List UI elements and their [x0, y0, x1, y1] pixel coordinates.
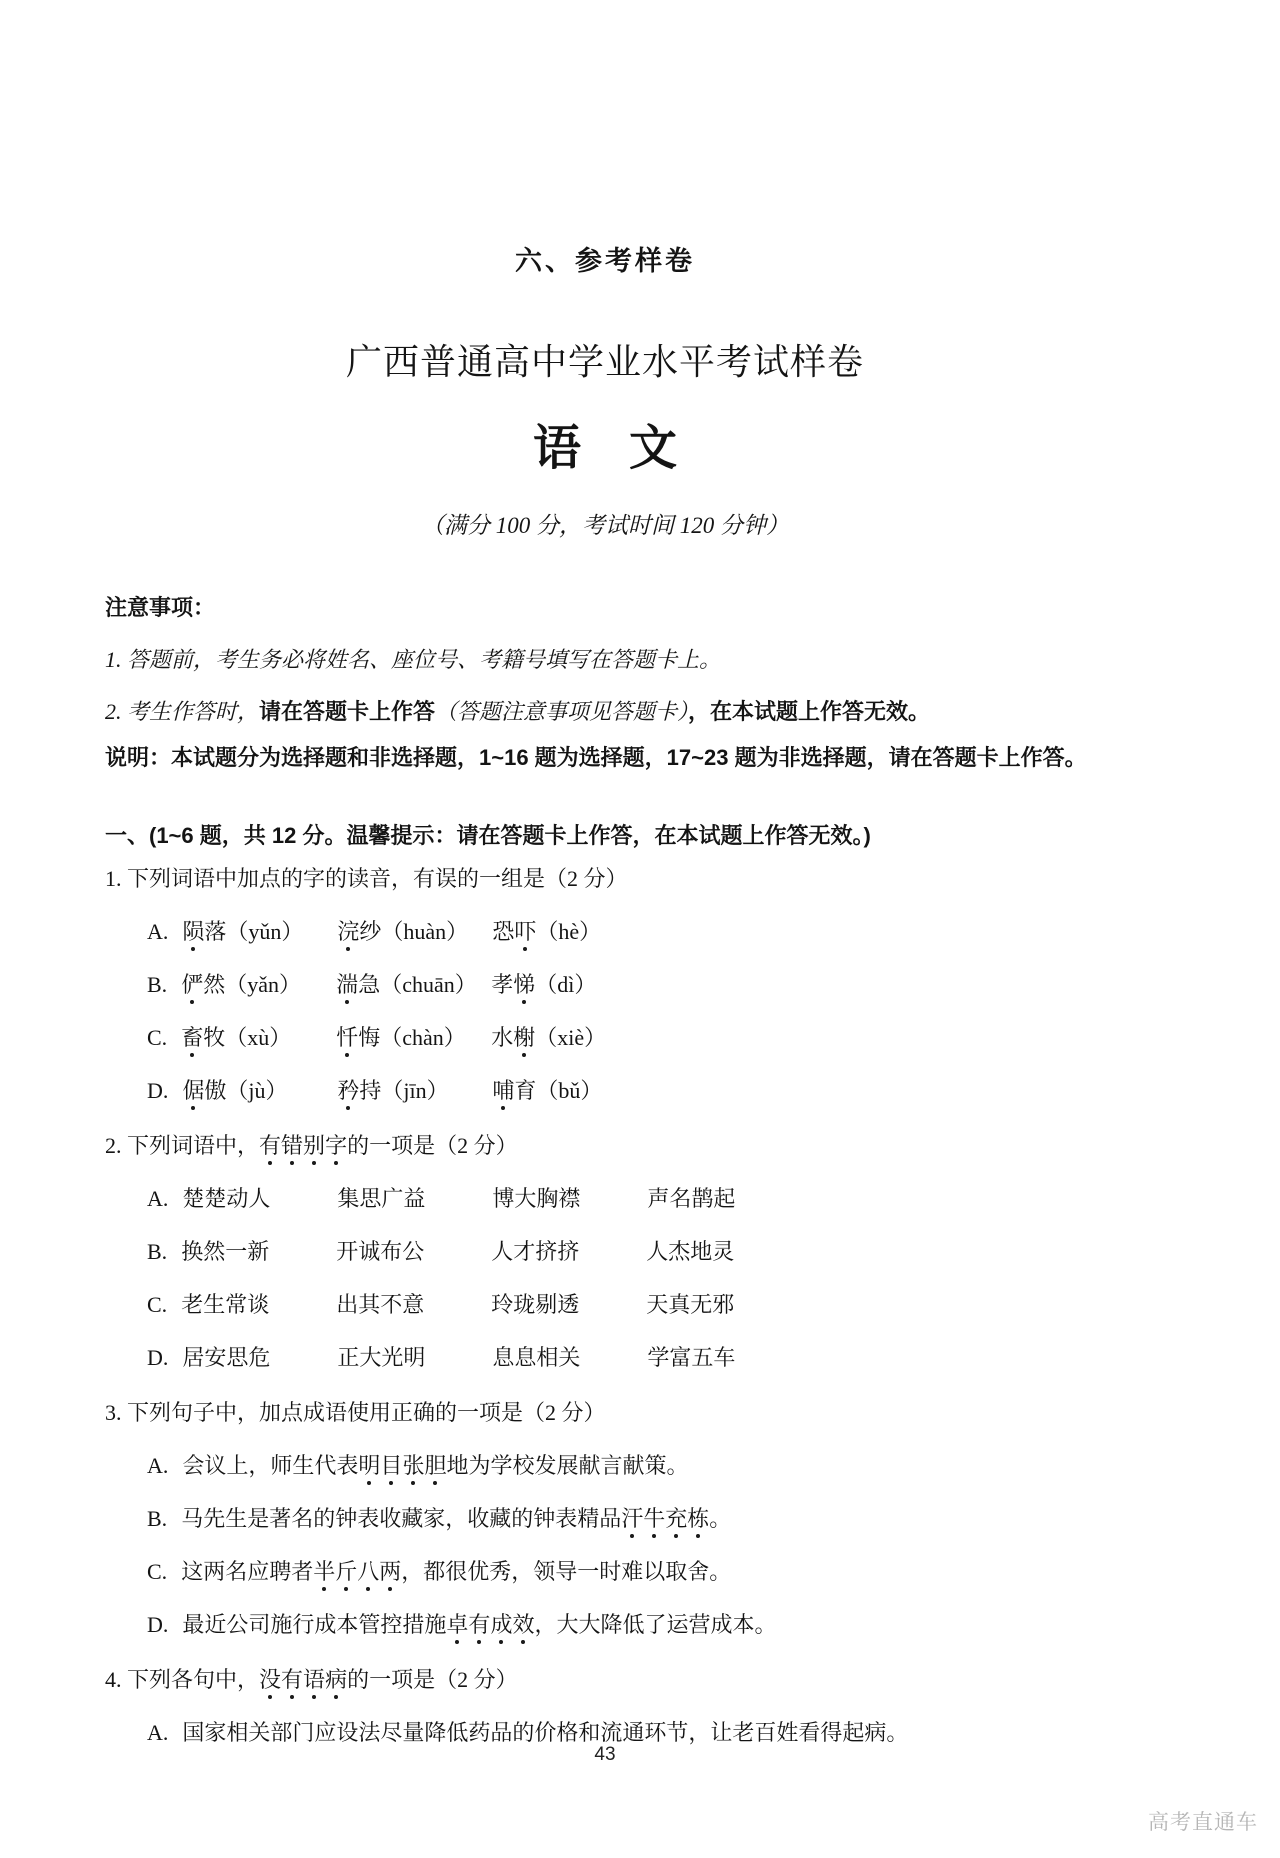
watermark: 高考直通车: [1148, 1806, 1258, 1836]
emphasized-char: 充: [665, 1506, 687, 1531]
emphasized-char: 畜: [181, 1025, 203, 1050]
option-cell: 博大胸襟: [492, 1183, 647, 1214]
questions: 1. 下列词语中加点的字的读音，有误的一组是（2 分）A.陨落（yǔn）浣纱（h…: [105, 863, 1105, 1748]
emphasized-char: 错: [281, 1133, 303, 1158]
option-label: B.: [147, 972, 167, 997]
option-cell: 俨然（yǎn）: [181, 969, 336, 1000]
option-label: C.: [147, 1559, 167, 1584]
subject-title: 语 文: [105, 423, 1105, 475]
emphasized-char: 胆: [424, 1453, 446, 1478]
notice-item: 1. 答题前，考生务必将姓名、座位号、考籍号填写在答题卡上。: [105, 645, 1105, 675]
option-cell: 恐吓（hè）: [492, 916, 647, 947]
option-cell: 会议上，师生代表明目张胆地为学校发展献言献策。: [182, 1453, 688, 1478]
option-cell: 国家相关部门应设法尽量降低药品的价格和流通环节，让老百姓看得起病。: [182, 1720, 908, 1745]
option-cell: 陨落（yǔn）: [182, 916, 337, 947]
emphasized-char: 倨: [182, 1078, 204, 1103]
emphasized-char: 有: [259, 1133, 281, 1158]
option-cell: 水榭（xiè）: [491, 1022, 646, 1053]
notice-list: 1. 答题前，考生务必将姓名、座位号、考籍号填写在答题卡上。2. 考生作答时，请…: [105, 645, 1105, 773]
emphasized-char: 两: [379, 1559, 401, 1584]
option-row: C.畜牧（xù）忏悔（chàn）水榭（xiè）: [105, 1022, 1105, 1053]
option-label: A.: [147, 919, 168, 944]
emphasized-char: 浣: [337, 919, 359, 944]
emphasized-char: 牛: [643, 1506, 665, 1531]
option-cell: 换然一新: [181, 1236, 336, 1267]
option-label: C.: [147, 1292, 167, 1317]
option-label: D.: [147, 1612, 168, 1637]
emphasized-char: 矜: [337, 1078, 359, 1103]
notice-item: 说明：本试题分为选择题和非选择题，1~16 题为选择题，17~23 题为非选择题…: [105, 743, 1105, 773]
question-stem: 3. 下列句子中，加点成语使用正确的一项是（2 分）: [105, 1397, 1105, 1428]
option-row: D.最近公司施行成本管控措施卓有成效，大大降低了运营成本。: [105, 1609, 1105, 1640]
emphasized-char: 有: [281, 1667, 303, 1692]
emphasized-char: 没: [259, 1667, 281, 1692]
option-label: C.: [147, 1025, 167, 1050]
option-cell: 哺育（bǔ）: [492, 1075, 647, 1106]
question-stem: 2. 下列词语中，有错别字的一项是（2 分）: [105, 1130, 1105, 1161]
option-label: A.: [147, 1720, 168, 1745]
option-label: B.: [147, 1239, 167, 1264]
option-label: A.: [147, 1453, 168, 1478]
emphasized-char: 栋: [687, 1506, 709, 1531]
option-row: B.马先生是著名的钟表收藏家，收藏的钟表精品汗牛充栋。: [105, 1503, 1105, 1534]
emphasized-char: 榭: [513, 1025, 535, 1050]
option-cell: 居安思危: [182, 1342, 337, 1373]
question: 2. 下列词语中，有错别字的一项是（2 分）A.楚楚动人集思广益博大胸襟声名鹊起…: [105, 1130, 1105, 1373]
emphasized-char: 别: [303, 1133, 325, 1158]
emphasized-char: 悌: [513, 972, 535, 997]
question-stem: 1. 下列词语中加点的字的读音，有误的一组是（2 分）: [105, 863, 1105, 894]
emphasized-char: 有: [468, 1612, 490, 1637]
exam-page: 六、参考样卷 广西普通高中学业水平考试样卷 语 文 （满分 100 分，考试时间…: [0, 0, 1280, 1858]
option-cell: 人才挤挤: [491, 1236, 646, 1267]
question: 4. 下列各句中，没有语病的一项是（2 分）A.国家相关部门应设法尽量降低药品的…: [105, 1664, 1105, 1748]
question-stem: 4. 下列各句中，没有语病的一项是（2 分）: [105, 1664, 1105, 1695]
emphasized-char: 目: [380, 1453, 402, 1478]
option-cell: 畜牧（xù）: [181, 1022, 336, 1053]
section-title: 六、参考样卷: [105, 245, 1105, 277]
option-cell: 开诚布公: [336, 1236, 491, 1267]
emphasized-char: 张: [402, 1453, 424, 1478]
emphasized-char: 忏: [336, 1025, 358, 1050]
option-row: C.老生常谈出其不意玲珑剔透天真无邪: [105, 1289, 1105, 1320]
option-row: C.这两名应聘者半斤八两，都很优秀，领导一时难以取舍。: [105, 1556, 1105, 1587]
option-cell: 湍急（chuān）: [336, 969, 491, 1000]
exam-title: 广西普通高中学业水平考试样卷: [105, 341, 1105, 383]
emphasized-char: 病: [325, 1667, 347, 1692]
option-cell: 倨傲（jù）: [182, 1075, 337, 1106]
option-row: D.居安思危正大光明息息相关学富五车: [105, 1342, 1105, 1373]
option-row: B.俨然（yǎn）湍急（chuān）孝悌（dì）: [105, 969, 1105, 1000]
emphasized-char: 效: [512, 1612, 534, 1637]
option-row: A.陨落（yǔn）浣纱（huàn）恐吓（hè）: [105, 916, 1105, 947]
option-cell: 楚楚动人: [182, 1183, 337, 1214]
question: 3. 下列句子中，加点成语使用正确的一项是（2 分）A.会议上，师生代表明目张胆…: [105, 1397, 1105, 1640]
emphasized-char: 语: [303, 1667, 325, 1692]
option-label: A.: [147, 1186, 168, 1211]
option-cell: 孝悌（dì）: [491, 969, 646, 1000]
exam-meta: （满分 100 分，考试时间 120 分钟）: [105, 511, 1105, 541]
option-label: D.: [147, 1345, 168, 1370]
emphasized-char: 陨: [182, 919, 204, 944]
option-cell: 集思广益: [337, 1183, 492, 1214]
option-cell: 浣纱（huàn）: [337, 916, 492, 947]
notices-title: 注意事项：: [105, 593, 1105, 623]
option-row: A.会议上，师生代表明目张胆地为学校发展献言献策。: [105, 1450, 1105, 1481]
option-cell: 矜持（jīn）: [337, 1075, 492, 1106]
option-cell: 人杰地灵: [646, 1236, 801, 1267]
emphasized-char: 卓: [446, 1612, 468, 1637]
emphasized-char: 半: [313, 1559, 335, 1584]
option-cell: 息息相关: [492, 1342, 647, 1373]
notices-block: 注意事项： 1. 答题前，考生务必将姓名、座位号、考籍号填写在答题卡上。2. 考…: [105, 593, 1105, 773]
emphasized-char: 成: [490, 1612, 512, 1637]
emphasized-char: 俨: [181, 972, 203, 997]
option-cell: 这两名应聘者半斤八两，都很优秀，领导一时难以取舍。: [181, 1559, 731, 1584]
section-one-header: 一、(1~6 题，共 12 分。温馨提示：请在答题卡上作答，在本试题上作答无效。…: [105, 821, 1105, 851]
option-cell: 玲珑剔透: [491, 1289, 646, 1320]
emphasized-char: 斤: [335, 1559, 357, 1584]
page-content: 六、参考样卷 广西普通高中学业水平考试样卷 语 文 （满分 100 分，考试时间…: [105, 245, 1105, 1748]
option-row: A.楚楚动人集思广益博大胸襟声名鹊起: [105, 1183, 1105, 1214]
option-label: D.: [147, 1078, 168, 1103]
option-cell: 学富五车: [647, 1342, 802, 1373]
option-cell: 马先生是著名的钟表收藏家，收藏的钟表精品汗牛充栋。: [181, 1506, 731, 1531]
question: 1. 下列词语中加点的字的读音，有误的一组是（2 分）A.陨落（yǔn）浣纱（h…: [105, 863, 1105, 1106]
option-row: D.倨傲（jù）矜持（jīn）哺育（bǔ）: [105, 1075, 1105, 1106]
option-row: B.换然一新开诚布公人才挤挤人杰地灵: [105, 1236, 1105, 1267]
option-cell: 忏悔（chàn）: [336, 1022, 491, 1053]
option-cell: 正大光明: [337, 1342, 492, 1373]
option-cell: 出其不意: [336, 1289, 491, 1320]
option-cell: 老生常谈: [181, 1289, 336, 1320]
emphasized-char: 八: [357, 1559, 379, 1584]
option-label: B.: [147, 1506, 167, 1531]
emphasized-char: 汗: [621, 1506, 643, 1531]
option-cell: 声名鹊起: [647, 1183, 802, 1214]
option-cell: 最近公司施行成本管控措施卓有成效，大大降低了运营成本。: [182, 1612, 776, 1637]
notice-item: 2. 考生作答时，请在答题卡上作答（答题注意事项见答题卡），在本试题上作答无效。: [105, 697, 1105, 727]
page-number: 43: [105, 1744, 1105, 1766]
emphasized-char: 字: [325, 1133, 347, 1158]
emphasized-char: 明: [358, 1453, 380, 1478]
option-cell: 天真无邪: [646, 1289, 801, 1320]
emphasized-char: 湍: [336, 972, 358, 997]
emphasized-char: 吓: [514, 919, 536, 944]
emphasized-char: 哺: [492, 1078, 514, 1103]
